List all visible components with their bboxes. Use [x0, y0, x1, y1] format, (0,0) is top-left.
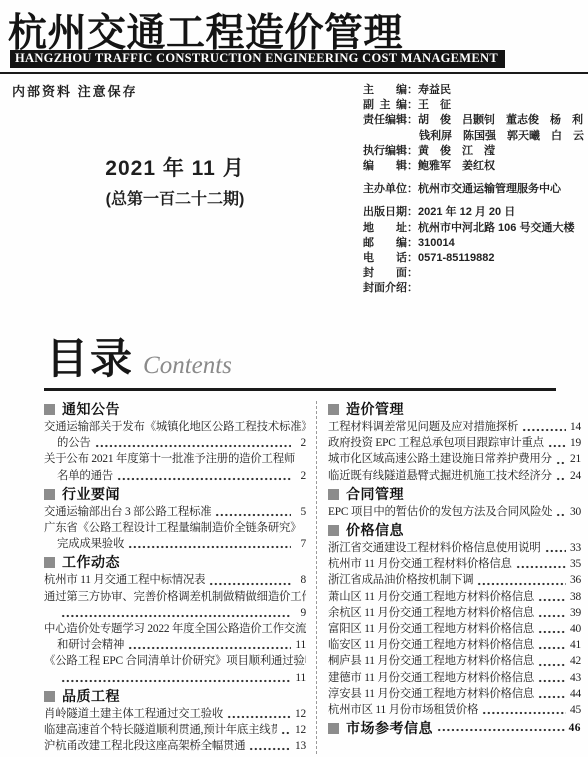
toc-entry-text: 交通运输部关于发布《城镇化地区公路工程技术标准》	[44, 419, 306, 435]
toc-section-header: 品质工程	[44, 688, 306, 705]
toc-section-title: 市场参考信息	[346, 720, 433, 737]
dot-leader	[128, 540, 291, 550]
toc-page-number: 11	[292, 670, 306, 686]
toc-page-number: 13	[292, 738, 306, 754]
toc-entry-line: 工程材料调差常见问题及应对措施探析14	[328, 419, 581, 435]
editors-list: 主编：寿益民副主编：王 征责任编辑：胡 俊 吕颢钊 董志俊 杨 利钱利屏 陈国强…	[363, 83, 585, 174]
toc-entry-text: 中心造价处专题学习 2022 年度全国公路造价工作交流	[44, 621, 306, 637]
masthead-line: 执行编辑：黄 俊 江 滢	[363, 144, 585, 159]
masthead-colon: ：	[407, 144, 418, 159]
issue-date: 2021 年 11 月	[55, 152, 295, 182]
dot-leader	[281, 726, 291, 736]
masthead-label: 封面介绍	[363, 281, 407, 296]
dot-leader	[249, 742, 291, 752]
toc-entry-line: 和研讨会精神11	[44, 637, 306, 653]
toc-section-header: 造价管理	[328, 401, 581, 418]
toc-entry: 杭州市 11 月交通工程中标情况表8	[44, 572, 306, 588]
dot-leader	[538, 690, 566, 700]
table-of-contents: 通知公告交通运输部关于发布《城镇化地区公路工程技术标准》的公告2关于公布 202…	[44, 399, 581, 754]
toc-entry-text: 余杭区 11 月份交通工程地方材料价格信息	[328, 605, 534, 621]
toc-entry: 临建高速首个特长隧道顺利贯通,预计年底主线贯通12	[44, 722, 306, 738]
dot-leader	[538, 609, 566, 619]
masthead-value: 2021 年 12 月 20 日	[418, 206, 515, 218]
toc-entry-line: 浙江省交通建设工程材料价格信息使用说明33	[328, 540, 581, 556]
toc-entry-line: 余杭区 11 月份交通工程地方材料价格信息39	[328, 605, 581, 621]
toc-entry-line: 广东省《公路工程设计工程量编制造价全链条研究》	[44, 520, 306, 536]
dot-leader	[95, 439, 291, 449]
toc-entry-line: EPC 项目中的暂估价的发包方法及合同风险处置30	[328, 504, 581, 520]
masthead-line: 主编：寿益民	[363, 83, 585, 98]
toc-entry-line: 的公告2	[44, 435, 306, 451]
dot-leader	[61, 674, 291, 684]
toc-entry-line: 临建高速首个特长隧道顺利贯通,预计年底主线贯通12	[44, 722, 306, 738]
masthead-colon: ：	[407, 221, 418, 236]
masthead-gap	[363, 174, 585, 182]
toc-entry-text: 关于公布 2021 年度第十一批准予注册的造价工程师	[44, 451, 295, 467]
section-bullet-icon	[328, 489, 339, 500]
toc-entry-text: 和研讨会精神	[57, 637, 124, 653]
toc-page-number: 30	[567, 504, 581, 520]
masthead-label: 主办单位	[363, 182, 407, 197]
toc-page-number: 5	[292, 504, 306, 520]
toc-entry: 杭州市区 11 月份市场租赁价格45	[328, 702, 581, 718]
toc-page-number: 33	[567, 540, 581, 556]
masthead-label: 出版日期	[363, 205, 407, 220]
toc-entry: 桐庐县 11 月份交通工程地方材料价格信息42	[328, 653, 581, 669]
toc-entry-line: 桐庐县 11 月份交通工程地方材料价格信息42	[328, 653, 581, 669]
toc-entry-line: 杭州市区 11 月份市场租赁价格45	[328, 702, 581, 718]
toc-page-number: 11	[292, 637, 306, 653]
toc-entry-text: 城市化区域高速公路土建设施日常养护费用分析	[328, 451, 552, 467]
toc-entry-text: 杭州市 11 月份交通工程材料价格信息	[328, 556, 512, 572]
toc-entry-line: 交通运输部出台 3 部公路工程标准5	[44, 504, 306, 520]
toc-entry: 余杭区 11 月份交通工程地方材料价格信息39	[328, 605, 581, 621]
masthead-label: 执行编辑	[363, 144, 407, 159]
toc-entry: 城市化区域高速公路土建设施日常养护费用分析21	[328, 451, 581, 467]
toc-entry-line: 关于公布 2021 年度第十一批准予注册的造价工程师	[44, 451, 306, 467]
toc-section-header: 工作动态	[44, 554, 306, 571]
toc-column-divider	[316, 401, 317, 754]
toc-entry-text: 的公告	[57, 435, 91, 451]
toc-page-number: 46	[567, 720, 581, 737]
header-divider-rule	[0, 72, 588, 74]
masthead-label: 责任编辑	[363, 113, 407, 128]
toc-page-number: 2	[292, 468, 306, 484]
masthead-value: 0571-85119882	[418, 252, 494, 264]
masthead-line: 电话：0571-85119882	[363, 251, 585, 266]
toc-entry-text: 交通运输部出台 3 部公路工程标准	[44, 504, 211, 520]
masthead-colon: ：	[407, 236, 418, 251]
toc-entry-text: 《公路工程 EPC 合同清单计价研究》项目顺利通过验收	[44, 653, 306, 669]
toc-page-number: 35	[567, 556, 581, 572]
contents-divider-rule	[44, 388, 556, 391]
toc-entry-line: 富阳区 11 月份交通工程地方材料价格信息40	[328, 621, 581, 637]
toc-entry-text: 工程材料调差常见问题及应对措施探析	[328, 419, 518, 435]
toc-entry: 萧山区 11 月份交通工程地方材料价格信息38	[328, 589, 581, 605]
toc-entry-line: 政府投资 EPC 工程总承包项目跟踪审计重点19	[328, 435, 581, 451]
toc-page-number: 12	[292, 706, 306, 722]
dot-leader	[538, 593, 566, 603]
section-bullet-icon	[44, 404, 55, 415]
masthead-value: 黄 俊 江 滢	[418, 145, 495, 157]
dot-leader	[227, 710, 291, 720]
toc-page-number: 14	[567, 419, 581, 435]
dot-leader	[215, 508, 291, 518]
toc-entry-line: 完成成果验收7	[44, 536, 306, 552]
toc-page-number: 24	[567, 468, 581, 484]
dot-leader	[538, 658, 566, 668]
section-bullet-icon	[328, 525, 339, 536]
toc-entry: 交通运输部出台 3 部公路工程标准5	[44, 504, 306, 520]
section-bullet-icon	[328, 723, 339, 734]
toc-entry-line: 肖岭隧道土建主体工程通过交工验收12	[44, 706, 306, 722]
toc-page-number: 9	[292, 605, 306, 621]
toc-entry-line: 建德市 11 月份交通工程地方材料价格信息43	[328, 670, 581, 686]
toc-entry-line: 城市化区域高速公路土建设施日常养护费用分析21	[328, 451, 581, 467]
toc-entry-line: 临近既有线隧道悬臂式掘进机施工技术经济分析24	[328, 468, 581, 484]
toc-entry-text: 桐庐县 11 月份交通工程地方材料价格信息	[328, 653, 534, 669]
masthead-value: 王 征	[418, 99, 451, 111]
dot-leader	[477, 577, 566, 587]
toc-entry-text: 临建高速首个特长隧道顺利贯通,预计年底主线贯通	[44, 722, 277, 738]
toc-section-title: 造价管理	[346, 401, 404, 418]
dot-leader	[538, 641, 566, 651]
toc-entry: 广东省《公路工程设计工程量编制造价全链条研究》完成成果验收7	[44, 520, 306, 552]
toc-entry-line: 通过第三方协审、完善价格调差机制做精做细造价工作	[44, 589, 306, 605]
masthead-line: 封面介绍：	[363, 281, 585, 296]
dot-leader	[482, 706, 566, 716]
toc-entry: 建德市 11 月份交通工程地方材料价格信息43	[328, 670, 581, 686]
dot-leader	[556, 456, 566, 466]
magazine-cover-page: 杭州交通工程造价管理 HANGZHOU TRAFFIC CONSTRUCTION…	[0, 0, 588, 757]
toc-entry: 淳安县 11 月份交通工程地方材料价格信息44	[328, 686, 581, 702]
toc-section-title: 行业要闻	[62, 486, 120, 503]
toc-entry: 中心造价处专题学习 2022 年度全国公路造价工作交流和研讨会精神11	[44, 621, 306, 653]
toc-entry: EPC 项目中的暂估价的发包方法及合同风险处置30	[328, 504, 581, 520]
toc-entry-text: 政府投资 EPC 工程总承包项目跟踪审计重点	[328, 435, 544, 451]
toc-entry-text: EPC 项目中的暂估价的发包方法及合同风险处置	[328, 504, 552, 520]
masthead-colon: ：	[407, 159, 418, 174]
dot-leader	[556, 508, 566, 518]
dot-leader	[548, 439, 566, 449]
toc-page-number: 45	[567, 702, 581, 718]
dot-leader	[437, 723, 566, 733]
toc-entry-line: 《公路工程 EPC 合同清单计价研究》项目顺利通过验收	[44, 653, 306, 669]
toc-entry: 沪杭甬改建工程北段这座高架桥全幅贯通13	[44, 738, 306, 754]
masthead-info: 主编：寿益民副主编：王 征责任编辑：胡 俊 吕颢钊 董志俊 杨 利钱利屏 陈国强…	[363, 83, 585, 297]
toc-entry: 临近既有线隧道悬臂式掘进机施工技术经济分析24	[328, 468, 581, 484]
toc-entry-text: 通过第三方协审、完善价格调差机制做精做细造价工作	[44, 589, 306, 605]
masthead-label: 封面	[363, 266, 407, 281]
section-bullet-icon	[44, 691, 55, 702]
dot-leader	[522, 423, 566, 433]
toc-page-number: 43	[567, 670, 581, 686]
toc-page-number: 2	[292, 435, 306, 451]
toc-entry-text: 淳安县 11 月份交通工程地方材料价格信息	[328, 686, 534, 702]
toc-page-number: 12	[292, 722, 306, 738]
dot-leader	[538, 625, 566, 635]
toc-entry: 政府投资 EPC 工程总承包项目跟踪审计重点19	[328, 435, 581, 451]
masthead-value: 胡 俊 吕颢钊 董志俊 杨 利	[418, 114, 583, 126]
toc-entry-line: 名单的通告2	[44, 468, 306, 484]
toc-entry-line: 9	[44, 605, 306, 621]
dot-leader	[209, 577, 291, 587]
issue-block: 2021 年 11 月 (总第一百二十二期)	[55, 152, 295, 209]
toc-entry-line: 临安区 11 月份交通工程地方材料价格信息41	[328, 637, 581, 653]
toc-entry: 通过第三方协审、完善价格调差机制做精做细造价工作9	[44, 589, 306, 621]
masthead-label: 编辑	[363, 159, 407, 174]
toc-entry-text: 萧山区 11 月份交通工程地方材料价格信息	[328, 589, 534, 605]
section-bullet-icon	[44, 489, 55, 500]
toc-entry-line: 淳安县 11 月份交通工程地方材料价格信息44	[328, 686, 581, 702]
toc-section-header: 市场参考信息46	[328, 720, 581, 737]
masthead-line: 副主编：王 征	[363, 98, 585, 113]
toc-column-right: 造价管理工程材料调差常见问题及应对措施探析14政府投资 EPC 工程总承包项目跟…	[328, 399, 581, 754]
toc-entry-text: 浙江省成品油价格按机制下调	[328, 572, 473, 588]
toc-page-number: 36	[567, 572, 581, 588]
masthead-line: 出版日期：2021 年 12 月 20 日	[363, 205, 585, 220]
toc-entry-text: 完成成果验收	[57, 536, 124, 552]
organizer-line: 主办单位：杭州市交通运输管理服务中心	[363, 182, 585, 197]
masthead-colon: ：	[407, 83, 418, 98]
masthead-value: 杭州市中河北路 106 号交通大楼	[418, 222, 574, 234]
toc-page-number: 44	[567, 686, 581, 702]
contents-title-cn: 目录	[46, 336, 134, 382]
masthead-line: 责任编辑：胡 俊 吕颢钊 董志俊 杨 利	[363, 113, 585, 128]
toc-entry: 《公路工程 EPC 合同清单计价研究》项目顺利通过验收11	[44, 653, 306, 685]
toc-entry: 交通运输部关于发布《城镇化地区公路工程技术标准》的公告2	[44, 419, 306, 451]
toc-entry-line: 交通运输部关于发布《城镇化地区公路工程技术标准》	[44, 419, 306, 435]
masthead-label: 电话	[363, 251, 407, 266]
masthead-line: 主办单位：杭州市交通运输管理服务中心	[363, 182, 585, 197]
toc-section-title: 合同管理	[346, 486, 404, 503]
toc-entry: 关于公布 2021 年度第十一批准予注册的造价工程师名单的通告2	[44, 451, 306, 483]
toc-entry-line: 杭州市 11 月份交通工程材料价格信息35	[328, 556, 581, 572]
toc-section-title: 价格信息	[346, 522, 404, 539]
masthead-value: 310014	[418, 237, 455, 249]
toc-entry-line: 中心造价处专题学习 2022 年度全国公路造价工作交流	[44, 621, 306, 637]
masthead-label: 地址	[363, 221, 407, 236]
toc-page-number: 40	[567, 621, 581, 637]
dot-leader	[61, 609, 291, 619]
toc-page-number: 7	[292, 536, 306, 552]
dot-leader	[516, 560, 566, 570]
toc-entry: 浙江省成品油价格按机制下调36	[328, 572, 581, 588]
toc-section-title: 工作动态	[62, 554, 120, 571]
masthead-colon: ：	[407, 98, 418, 113]
toc-entry-line: 萧山区 11 月份交通工程地方材料价格信息38	[328, 589, 581, 605]
masthead-value: 杭州市交通运输管理服务中心	[418, 183, 561, 195]
confidential-notice: 内部资料 注意保存	[12, 81, 138, 100]
title-english-banner: HANGZHOU TRAFFIC CONSTRUCTION ENGINEERIN…	[10, 50, 505, 68]
masthead-colon: ：	[407, 182, 418, 197]
toc-entry-line: 11	[44, 670, 306, 686]
toc-entry-text: 肖岭隧道土建主体工程通过交工验收	[44, 706, 223, 722]
dot-leader	[128, 641, 291, 651]
toc-entry-text: 杭州市 11 月交通工程中标情况表	[44, 572, 205, 588]
masthead-colon: ：	[407, 251, 418, 266]
toc-entry-text: 杭州市区 11 月份市场租赁价格	[328, 702, 478, 718]
toc-page-number: 21	[567, 451, 581, 467]
masthead-value: 寿益民	[418, 84, 451, 96]
toc-page-number: 42	[567, 653, 581, 669]
publication-list: 出版日期：2021 年 12 月 20 日地址：杭州市中河北路 106 号交通大…	[363, 205, 585, 296]
toc-section-header: 通知公告	[44, 401, 306, 418]
masthead-colon: ：	[407, 205, 418, 220]
masthead-value: 钱利屏 陈国强 郭天曦 白 云	[419, 130, 584, 142]
dot-leader	[117, 472, 291, 482]
masthead-line: 邮编：310014	[363, 236, 585, 251]
toc-entry: 工程材料调差常见问题及应对措施探析14	[328, 419, 581, 435]
toc-entry-text: 广东省《公路工程设计工程量编制造价全链条研究》	[44, 520, 301, 536]
toc-column-left: 通知公告交通运输部关于发布《城镇化地区公路工程技术标准》的公告2关于公布 202…	[44, 399, 306, 754]
toc-page-number: 41	[567, 637, 581, 653]
toc-section-header: 行业要闻	[44, 486, 306, 503]
toc-page-number: 38	[567, 589, 581, 605]
toc-page-number: 8	[292, 572, 306, 588]
dot-leader	[545, 544, 566, 554]
toc-entry-text: 临近既有线隧道悬臂式掘进机施工技术经济分析	[328, 468, 552, 484]
masthead-label: 副主编	[363, 98, 407, 113]
masthead-label: 邮编	[363, 236, 407, 251]
toc-entry: 浙江省交通建设工程材料价格信息使用说明33	[328, 540, 581, 556]
toc-entry-line: 杭州市 11 月交通工程中标情况表8	[44, 572, 306, 588]
section-bullet-icon	[44, 557, 55, 568]
masthead-label: 主编	[363, 83, 407, 98]
toc-section-header: 价格信息	[328, 522, 581, 539]
toc-page-number: 39	[567, 605, 581, 621]
masthead-gap	[363, 197, 585, 205]
toc-entry-text: 临安区 11 月份交通工程地方材料价格信息	[328, 637, 534, 653]
toc-entry: 富阳区 11 月份交通工程地方材料价格信息40	[328, 621, 581, 637]
masthead-colon: ：	[407, 281, 418, 296]
masthead-colon: ：	[407, 266, 418, 281]
toc-section-header: 合同管理	[328, 486, 581, 503]
masthead-line: 封面：	[363, 266, 585, 281]
masthead-line: 编辑：鲍雅军 姜红权	[363, 159, 585, 174]
toc-entry-text: 沪杭甬改建工程北段这座高架桥全幅贯通	[44, 738, 245, 754]
masthead-line: 钱利屏 陈国强 郭天曦 白 云	[363, 129, 585, 144]
toc-page-number: 19	[567, 435, 581, 451]
toc-section-title: 通知公告	[62, 401, 120, 418]
contents-title-en: Contents	[143, 352, 232, 380]
toc-entry: 杭州市 11 月份交通工程材料价格信息35	[328, 556, 581, 572]
toc-entry-text: 名单的通告	[57, 468, 113, 484]
toc-entry-text: 富阳区 11 月份交通工程地方材料价格信息	[328, 621, 534, 637]
toc-entry: 临安区 11 月份交通工程地方材料价格信息41	[328, 637, 581, 653]
masthead-colon: ：	[407, 113, 418, 128]
toc-entry-line: 沪杭甬改建工程北段这座高架桥全幅贯通13	[44, 738, 306, 754]
toc-entry-line: 浙江省成品油价格按机制下调36	[328, 572, 581, 588]
dot-leader	[538, 674, 566, 684]
toc-section-title: 品质工程	[62, 688, 120, 705]
contents-heading: 目录 Contents	[46, 336, 232, 382]
toc-entry: 肖岭隧道土建主体工程通过交工验收12	[44, 706, 306, 722]
section-bullet-icon	[328, 404, 339, 415]
toc-entry-text: 浙江省交通建设工程材料价格信息使用说明	[328, 540, 541, 556]
dot-leader	[556, 472, 566, 482]
masthead-line: 地址：杭州市中河北路 106 号交通大楼	[363, 221, 585, 236]
masthead-value: 鲍雅军 姜红权	[418, 160, 495, 172]
issue-number: (总第一百二十二期)	[55, 186, 295, 209]
toc-entry-text: 建德市 11 月份交通工程地方材料价格信息	[328, 670, 534, 686]
